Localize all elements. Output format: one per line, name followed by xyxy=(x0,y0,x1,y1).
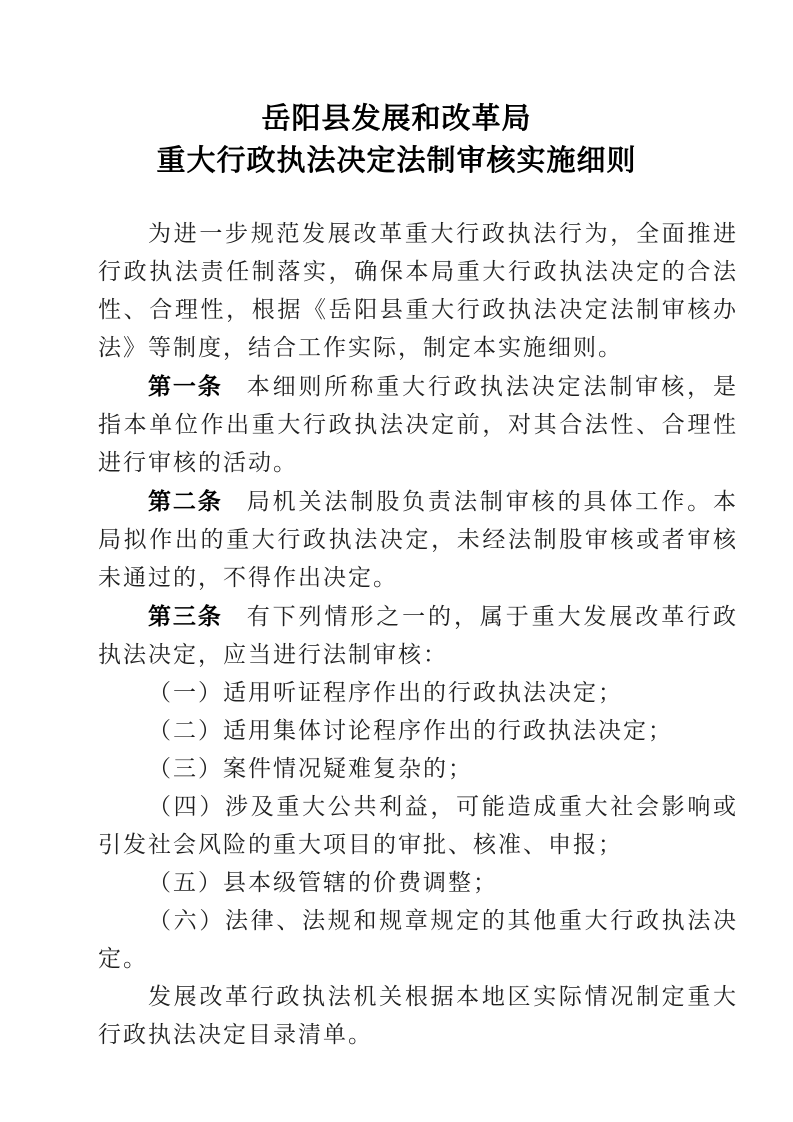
document-page: 岳阳县发展和改革局 重大行政执法决定法制审核实施细则 为进一步规范发展改革重大行… xyxy=(0,0,793,1122)
list-item-paragraph: （二）适用集体讨论程序作出的行政执法决定； xyxy=(98,712,738,750)
paragraph-text: （六）法律、法规和规章规定的其他重大行政执法决定。 xyxy=(98,908,738,971)
paragraph-text: 发展改革行政执法机关根据本地区实际情况制定重大行政执法决定目录清单。 xyxy=(98,984,738,1047)
paragraph-text: 为进一步规范发展改革重大行政执法行为，全面推进行政执法责任制落实，确保本局重大行… xyxy=(98,221,738,360)
document-title: 岳阳县发展和改革局 重大行政执法决定法制审核实施细则 xyxy=(0,98,793,182)
list-item-paragraph: （三）案件情况疑难复杂的； xyxy=(98,750,738,788)
list-item-paragraph: （一）适用听证程序作出的行政执法决定； xyxy=(98,674,738,712)
body-paragraph: 为进一步规范发展改革重大行政执法行为，全面推进行政执法责任制落实，确保本局重大行… xyxy=(98,215,738,367)
article-paragraph: 第二条局机关法制股负责法制审核的具体工作。本局拟作出的重大行政执法决定，未经法制… xyxy=(98,482,738,597)
body-paragraph: 发展改革行政执法机关根据本地区实际情况制定重大行政执法决定目录清单。 xyxy=(98,978,738,1054)
article-number-label: 第三条 xyxy=(148,603,223,629)
paragraph-text: （一）适用听证程序作出的行政执法决定； xyxy=(148,680,623,705)
article-number-label: 第二条 xyxy=(148,488,223,514)
paragraph-text: （三）案件情况疑难复杂的； xyxy=(148,756,473,781)
article-paragraph: 第三条有下列情形之一的，属于重大发展改革行政执法决定，应当进行法制审核： xyxy=(98,597,738,674)
list-item-paragraph: （五）县本级管辖的价费调整； xyxy=(98,864,738,902)
document-title-line-2: 重大行政执法决定法制审核实施细则 xyxy=(0,140,793,182)
article-number-label: 第一条 xyxy=(148,373,223,399)
document-body: 为进一步规范发展改革重大行政执法行为，全面推进行政执法责任制落实，确保本局重大行… xyxy=(98,215,738,1054)
document-title-line-1: 岳阳县发展和改革局 xyxy=(0,98,793,140)
paragraph-text: （五）县本级管辖的价费调整； xyxy=(148,870,498,895)
list-item-paragraph: （六）法律、法规和规章规定的其他重大行政执法决定。 xyxy=(98,902,738,978)
article-paragraph: 第一条本细则所称重大行政执法决定法制审核，是指本单位作出重大行政执法决定前，对其… xyxy=(98,367,738,482)
paragraph-text: （二）适用集体讨论程序作出的行政执法决定； xyxy=(148,718,673,743)
paragraph-text: （四）涉及重大公共利益，可能造成重大社会影响或引发社会风险的重大项目的审批、核准… xyxy=(98,794,738,857)
list-item-paragraph: （四）涉及重大公共利益，可能造成重大社会影响或引发社会风险的重大项目的审批、核准… xyxy=(98,788,738,864)
